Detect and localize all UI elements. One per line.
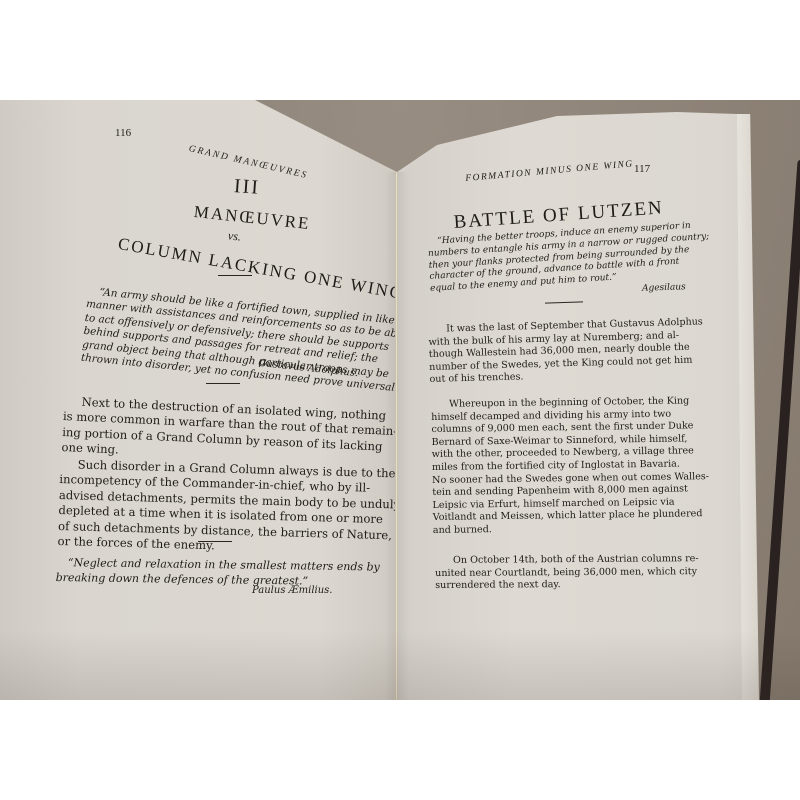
bottom-shadow: [0, 630, 800, 700]
left-page: 116 GRAND MANŒUVRES III MANŒUVRE vs. COL…: [0, 100, 397, 700]
page-number: 117: [634, 163, 650, 175]
body-paragraph-3: On October 14th, both of the Austrian co…: [435, 553, 687, 593]
page-number: 116: [115, 127, 131, 139]
divider-rule: [206, 383, 240, 384]
divider-rule: [198, 541, 232, 542]
divider-rule: [218, 275, 252, 276]
title-versus: vs.: [227, 228, 241, 244]
chapter-numeral: III: [233, 175, 261, 200]
running-head: FORMATION MINUS ONE WING: [465, 159, 634, 184]
book-photo: 116 GRAND MANŒUVRES III MANŒUVRE vs. COL…: [0, 100, 800, 700]
epigraph-attribution: Agesilaus: [642, 282, 686, 294]
body-paragraph-2: Whereupon in the beginning of October, t…: [431, 395, 688, 537]
epigraph-quote: “An army should be like a fortified town…: [80, 285, 371, 392]
chapter-title-line1: MANŒUVRE: [193, 202, 312, 234]
divider-rule: [545, 301, 583, 303]
closing-quote-attribution: Paulus Æmilius.: [252, 585, 332, 596]
body-paragraph-2: Such disorder in a Grand Column always i…: [57, 457, 364, 558]
book-gutter: [395, 172, 398, 700]
body-paragraph-1: It was the last of September that Gustav…: [428, 317, 685, 387]
